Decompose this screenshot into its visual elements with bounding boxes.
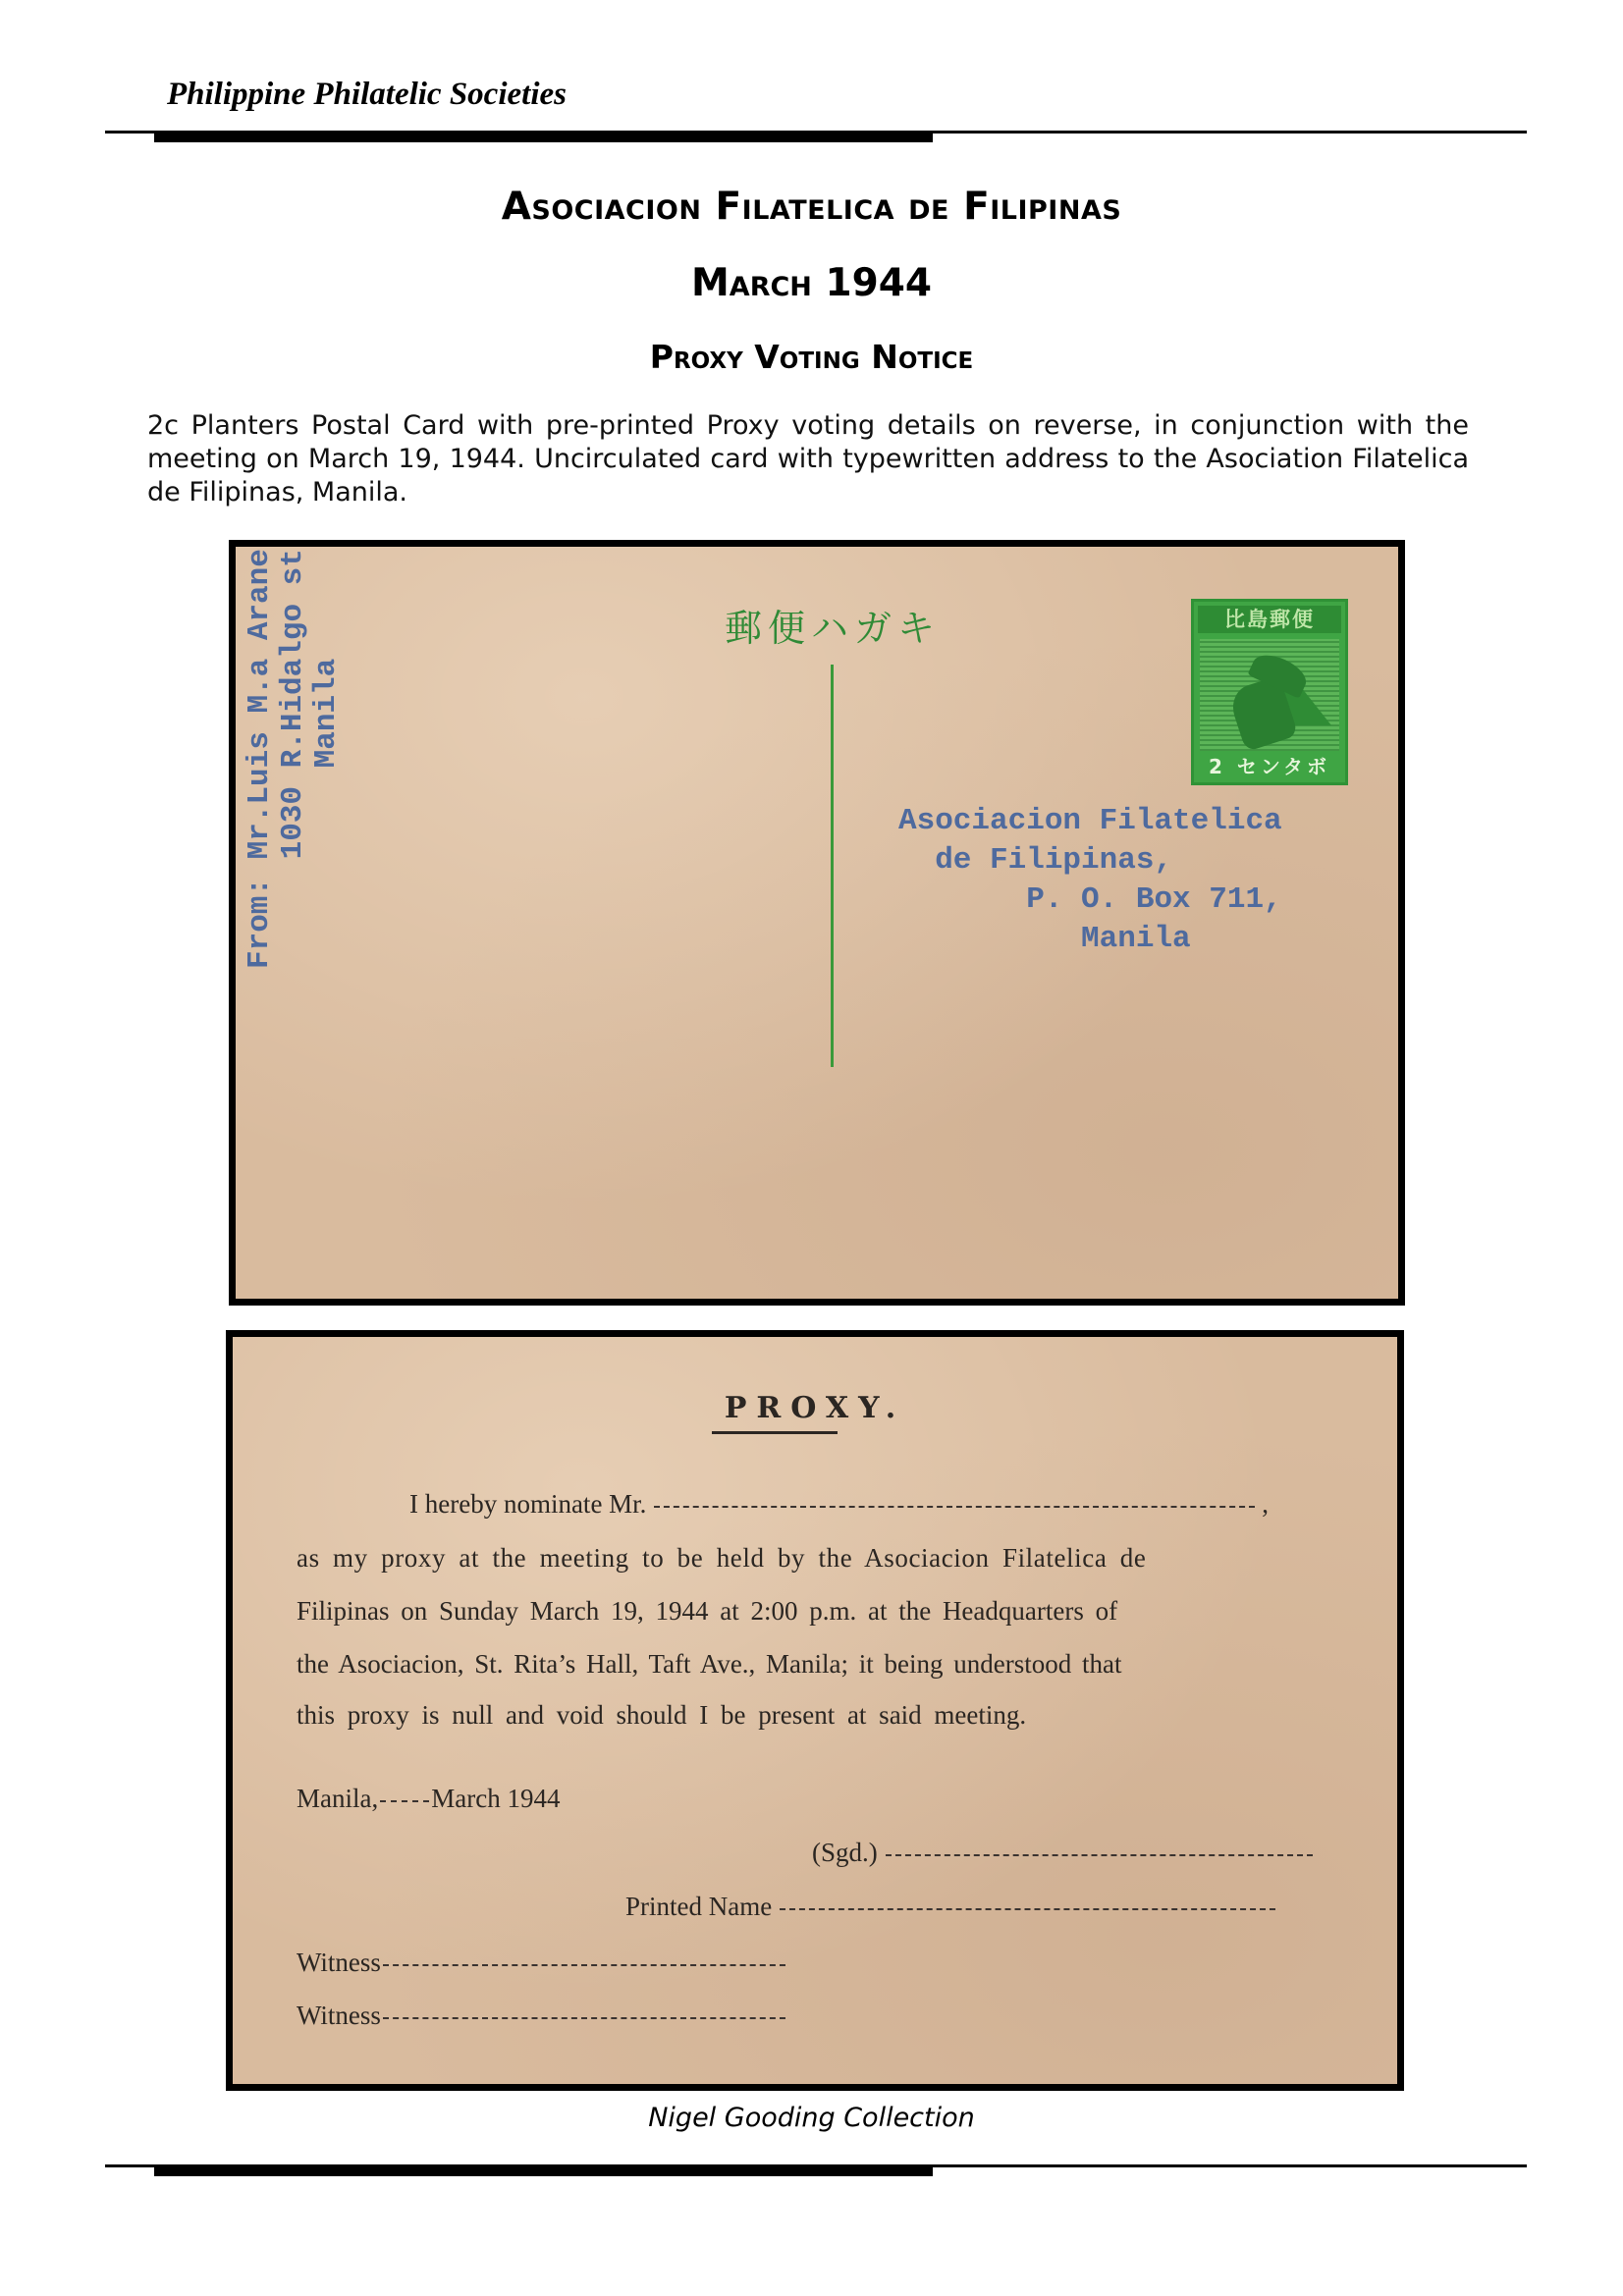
witness-blank-field-1 <box>383 1964 785 1966</box>
proxy-body-line-3: Filipinas on Sunday March 19, 1944 at 2:… <box>297 1596 1117 1627</box>
nominate-label: I hereby nominate Mr. <box>409 1489 646 1519</box>
nominate-line: I hereby nominate Mr. , <box>409 1489 1269 1520</box>
date-line: Manila,March 1944 <box>297 1784 560 1814</box>
proxy-body-line-5: this proxy is null and void should I be … <box>297 1700 1026 1731</box>
page-header-title: Philippine Philatelic Societies <box>167 77 567 113</box>
recipient-address: Asociacion Filatelica de Filipinas, P. O… <box>898 802 1282 959</box>
nominee-blank-field <box>654 1506 1255 1508</box>
stamp-value-text: 2 センタボ <box>1198 755 1341 778</box>
planter-stamp-imprint: 比島郵便 2 センタボ <box>1191 599 1348 785</box>
item-description: 2c Planters Postal Card with pre-printed… <box>147 409 1469 509</box>
comma: , <box>1255 1489 1269 1519</box>
page-subtitle: Proxy Voting Notice <box>0 338 1623 376</box>
signature-blank-field <box>886 1854 1313 1856</box>
japanese-postcard-heading: 郵便ハガキ <box>725 598 941 652</box>
witness-blank-field-2 <box>383 2017 785 2019</box>
footer-rule-thick <box>154 2166 933 2176</box>
card-divider-line <box>831 665 834 1067</box>
page-title: Asociacion Filatelica de Filipinas <box>0 185 1623 229</box>
stamp-top-text: 比島郵便 <box>1198 606 1341 633</box>
postal-card-front: 郵便ハガキ 比島郵便 2 センタボ From: Mr.Luis M.a Aran… <box>229 540 1405 1306</box>
witness-line-1: Witness <box>297 1948 785 1978</box>
witness-line-2: Witness <box>297 2001 785 2031</box>
postal-card-back: PROXY. I hereby nominate Mr. , as my pro… <box>226 1330 1404 2091</box>
date-prefix: Manila, <box>297 1784 378 1813</box>
signed-line: (Sgd.) <box>812 1838 1313 1868</box>
proxy-heading: PROXY. <box>233 1391 1397 1425</box>
printed-name-label: Printed Name <box>625 1892 772 1921</box>
collection-caption: Nigel Gooding Collection <box>0 2103 1623 2133</box>
page-date: March 1944 <box>0 261 1623 305</box>
date-suffix: March 1944 <box>431 1784 560 1813</box>
witness-label-2: Witness <box>297 2001 381 2030</box>
header-rule-thick <box>154 133 933 142</box>
proxy-heading-underline <box>712 1431 838 1434</box>
proxy-body-line-4: the Asociacion, St. Rita’s Hall, Taft Av… <box>297 1649 1122 1680</box>
printed-name-line: Printed Name <box>625 1892 1275 1922</box>
proxy-body-line-2: as my proxy at the meeting to be held by… <box>297 1543 1146 1574</box>
day-blank-field <box>380 1800 429 1802</box>
signed-label: (Sgd.) <box>812 1838 878 1867</box>
witness-label-1: Witness <box>297 1948 381 1977</box>
printed-name-blank-field <box>780 1908 1275 1910</box>
rice-planter-illustration-icon <box>1200 639 1339 751</box>
sender-address: From: Mr.Luis M.a Araneta 1030 R.Hidalgo… <box>243 540 344 969</box>
